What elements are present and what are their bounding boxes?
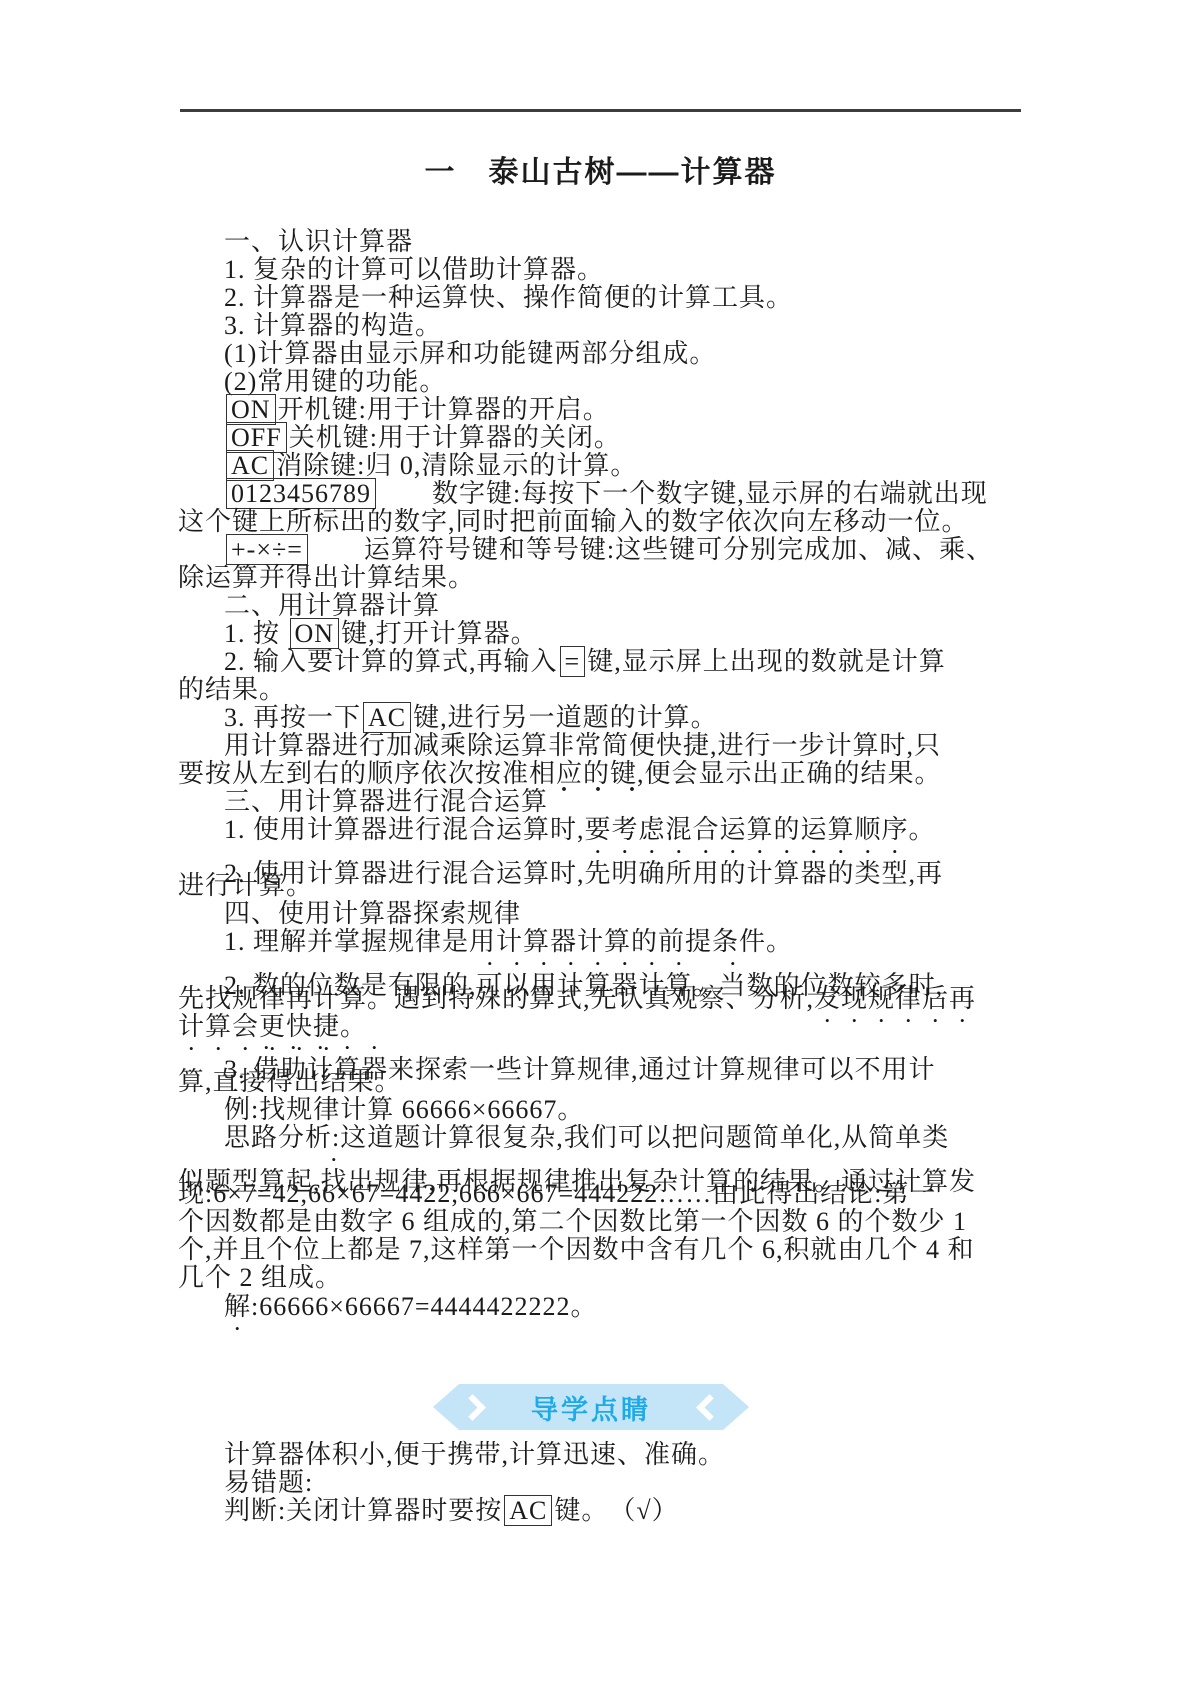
text-line: 1. 使用计算器进行混合运算时,要考虑混合运算的运算顺序。 [178, 816, 1014, 844]
header-rule [180, 109, 1021, 112]
text-line: 1. 复杂的计算可以借助计算器。 [178, 256, 1014, 284]
text-line: 似题型算起,找出规律,再根据规律推出复杂计算的结果。通过计算发 [178, 1152, 1014, 1180]
text-segment: 先明确所用的计算器的类型 [585, 859, 909, 888]
section-banner: 导学点睛 [433, 1384, 749, 1430]
text-segment: 键,打开计算器。 [341, 619, 538, 648]
text-line: 2. 计算器是一种运算快、操作简便的计算工具。 [178, 284, 1014, 312]
text-segment: 思路分析:这道题计算很复杂,我们可以把问题简单化,从简单类 [224, 1123, 949, 1152]
text-line: 现:6×7=42,66×67=4422,666×667=444222……由此得出… [178, 1180, 1014, 1208]
chevron-left-icon [696, 1394, 723, 1421]
banner-label: 导学点睛 [531, 1388, 651, 1427]
text-segment: 关机键:用于计算器的关闭。 [289, 423, 621, 452]
text-line: 先找规律再计算。遇到特殊的算式,先认真观察、分析,发现规律后再 [178, 984, 1014, 1012]
text-segment: 三、用计算器进行混合运算 [224, 787, 548, 816]
text-line: 3. 借助计算器来探索一些计算规律,通过计算规律可以不用计 [178, 1040, 1014, 1068]
text-line: 易错题: [178, 1469, 1014, 1497]
text-segment: 2. 计算器是一种运算快、操作简便的计算工具。 [224, 283, 793, 312]
text-line: (2)常用键的功能。 [178, 368, 1014, 396]
key-cap: AC [363, 702, 411, 733]
text-segment: 个因数都是由数字 6 组成的,第二个因数比第一个因数 6 的个数少 1 [178, 1207, 967, 1236]
text-line: AC消除键:归 0,清除显示的计算。 [178, 452, 1014, 480]
text-segment: (1)计算器由显示屏和功能键两部分组成。 [224, 339, 716, 368]
text-segment: 键。 （√） [554, 1496, 678, 1525]
footer-body: 计算器体积小,便于携带,计算迅速、准确。易错题:判断:关闭计算器时要按AC键。 … [178, 1441, 1014, 1525]
text-segment: 开机键:用于计算器的开启。 [278, 395, 610, 424]
text-line: 计算器体积小,便于携带,计算迅速、准确。 [178, 1441, 1014, 1469]
text-segment: 例:找规律计算 66666×66667。 [224, 1095, 584, 1124]
text-segment: 现:6×7=42,66×67=4422,666×667=444222……由此得出… [178, 1179, 936, 1208]
text-segment: 1. 理解并掌握规律是用计算器计算的前提条件。 [224, 927, 793, 956]
text-segment: 算,直接得出结果。 [178, 1067, 402, 1096]
text-line: 1. 按 ON键,打开计算器。 [178, 620, 1014, 648]
text-line: 二、用计算器计算 [178, 592, 1014, 620]
text-segment: 1. 按 [224, 619, 288, 648]
key-cap: = [560, 646, 586, 677]
text-line: 个,并且个位上都是 7,这样第一个因数中含有几个 6,积就由几个 4 和 [178, 1236, 1014, 1264]
page-title: 一 泰山古树——计算器 [180, 147, 1021, 191]
key-cap: 0123456789 [226, 478, 376, 509]
text-segment: 键,进行另一道题的计算。 [413, 703, 718, 732]
text-segment: 用计算器进行加减乘除运算非常简便快捷,进行一步计算时,只 [224, 731, 941, 760]
key-cap: AC [504, 1495, 552, 1526]
text-segment: 除运算并得出计算结果。 [178, 563, 475, 592]
text-line: +-×÷= 运算符号键和等号键:这些键可分别完成加、减、乘、 [178, 536, 1014, 564]
text-line: 3. 计算器的构造。 [178, 312, 1014, 340]
document-body: 一、认识计算器1. 复杂的计算可以借助计算器。2. 计算器是一种运算快、操作简便… [178, 228, 1014, 1320]
text-line: 几个 2 组成。 [178, 1264, 1014, 1292]
text-line: 2. 数的位数是有限的,可以用计算器计算。当数的位数较多时, [178, 956, 1014, 984]
text-segment: ··· [560, 776, 662, 804]
text-segment: 3. 再按一下 [224, 703, 361, 732]
key-cap: AC [226, 450, 274, 481]
text-line: 2. 输入要计算的算式,再输入=键,显示屏上出现的数就是计算 [178, 648, 1014, 676]
text-line: OFF关机键:用于计算器的关闭。 [178, 424, 1014, 452]
text-segment: 消除键:归 0,清除显示的计算。 [276, 451, 637, 480]
text-line: 判断:关闭计算器时要按AC键。 （√） [178, 1497, 1014, 1525]
text-segment: 计算会更快捷 [178, 1012, 340, 1041]
text-segment: 1. 复杂的计算可以借助计算器。 [224, 255, 604, 284]
text-segment: 数字键:每按下一个数字键,显示屏的右端就出现 [378, 479, 988, 508]
chevron-right-icon [459, 1394, 486, 1421]
text-segment: 易错题: [224, 1468, 313, 1497]
text-segment: ,再 [909, 859, 944, 888]
text-segment: 66666×66667=4444422222。 [259, 1292, 597, 1321]
text-line: (1)计算器由显示屏和功能键两部分组成。 [178, 340, 1014, 368]
key-cap: +-×÷= [226, 534, 308, 565]
text-line: 1. 理解并掌握规律是用计算器计算的前提条件。 [178, 928, 1014, 956]
text-segment: 。 [340, 1012, 367, 1041]
text-segment: 来探索一些计算规律,通过计算规律可以不用计 [388, 1055, 936, 1084]
key-cap: OFF [226, 422, 287, 453]
text-line: 用计算器进行加减乘除运算非常简便快捷,进行一步计算时,只 [178, 732, 1014, 760]
text-segment: 先找规律再计算。遇到特殊的算式,先认真观察、分析, [178, 984, 814, 1013]
text-line: 这个键上所标出的数字,同时把前面输入的数字依次向左移动一位。 [178, 508, 1014, 536]
text-segment: 个,并且个位上都是 7,这样第一个因数中含有几个 6,积就由几个 4 和 [178, 1235, 975, 1264]
text-line: ON开机键:用于计算器的开启。 [178, 396, 1014, 424]
text-line: 0123456789 数字键:每按下一个数字键,显示屏的右端就出现 [178, 480, 1014, 508]
text-line: 2. 使用计算器进行混合运算时,先明确所用的计算器的类型,再 [178, 844, 1014, 872]
text-segment: 运算符号键和等号键:这些键可分别完成加、减、乘、 [310, 535, 993, 564]
key-cap: ON [226, 394, 276, 425]
text-segment: 1. 使用计算器进行混合运算时,要考虑混合运算的运算顺序。 [224, 815, 936, 844]
text-line: 四、使用计算器探索规律 [178, 900, 1014, 928]
text-line: 例:找规律计算 66666×66667。 [178, 1096, 1014, 1124]
text-segment: 的结果。 [178, 675, 286, 704]
text-line: 计算会更快捷。 [178, 1012, 1014, 1040]
text-segment: 四、使用计算器探索规律 [224, 899, 521, 928]
text-line: 3. 再按一下AC键,进行另一道题的计算。 [178, 704, 1014, 732]
text-segment: 几个 2 组成。 [178, 1263, 342, 1292]
text-segment: 这个键上所标出的数字,同时把前面输入的数字依次向左移动一位。 [178, 507, 969, 536]
text-line: 三、用计算器进行混合运算··· [178, 788, 1014, 816]
text-segment: (2)常用键的功能。 [224, 367, 446, 396]
text-segment: 一、认识计算器 [224, 227, 413, 256]
text-line: 解:66666×66667=4444422222。 [178, 1292, 1014, 1320]
text-segment: 发现规律后再 [814, 984, 976, 1013]
document-page: 一 泰山古树——计算器 一、认识计算器1. 复杂的计算可以借助计算器。2. 计算… [0, 0, 1191, 1684]
key-cap: ON [290, 618, 340, 649]
text-line: 除运算并得出计算结果。 [178, 564, 1014, 592]
text-segment: 计算器体积小,便于携带,计算迅速、准确。 [224, 1440, 725, 1469]
text-segment: 解: [224, 1292, 259, 1321]
text-line: 的结果。 [178, 676, 1014, 704]
text-segment: 2. 输入要计算的算式,再输入 [224, 647, 558, 676]
text-segment: 键,显示屏上出现的数就是计算 [587, 647, 946, 676]
text-segment: 二、用计算器计算 [224, 591, 440, 620]
text-line: 思路分析:这道题计算很复杂,我们可以把问题简单化,从简单类 [178, 1124, 1014, 1152]
text-segment: 判断:关闭计算器时要按 [224, 1496, 502, 1525]
text-line: 一、认识计算器 [178, 228, 1014, 256]
text-segment: 3. 计算器的构造。 [224, 311, 442, 340]
text-segment: 进行计算。 [178, 871, 313, 900]
text-line: 个因数都是由数字 6 组成的,第二个因数比第一个因数 6 的个数少 1 [178, 1208, 1014, 1236]
